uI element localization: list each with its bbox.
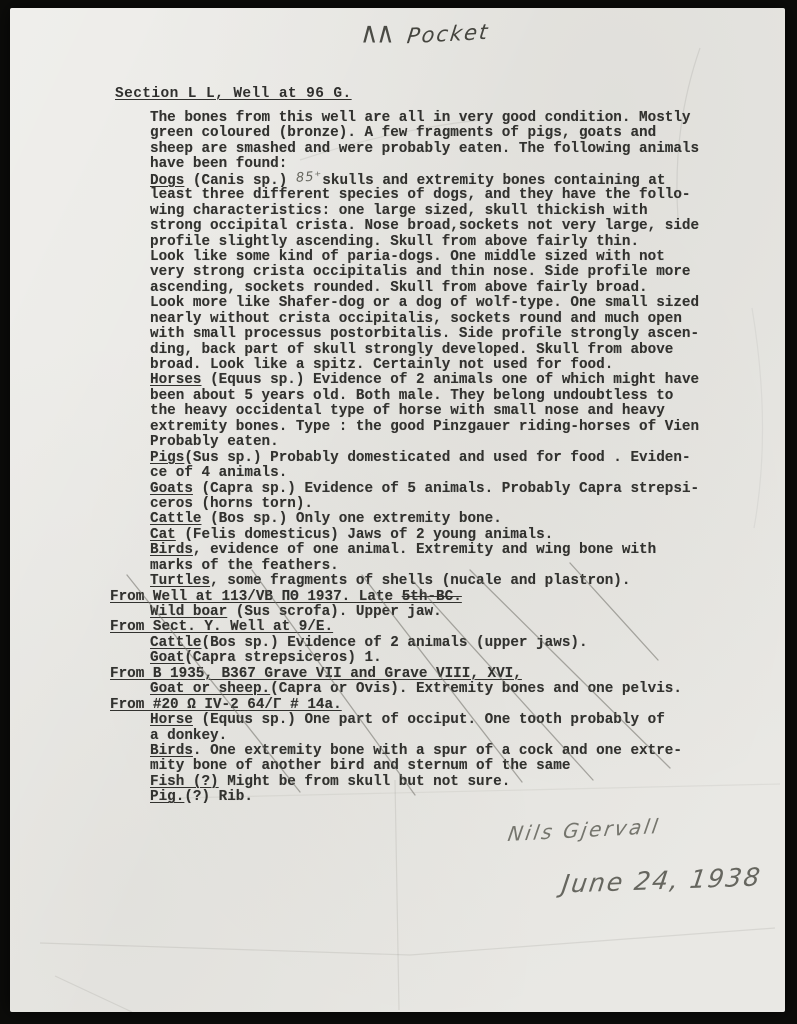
text-line: Probably eaten. bbox=[150, 435, 785, 450]
handwritten-insert: 85⁺ bbox=[295, 169, 322, 186]
text-line: Turtles, some fragments of shells (nucal… bbox=[150, 574, 785, 589]
text-line: Cat (Felis domesticus) Jaws of 2 young a… bbox=[150, 528, 785, 543]
paper: ∧∧ Pocket Section L L, Well at 96 G. The… bbox=[10, 8, 785, 1012]
text-segment: Goat or sheep. bbox=[150, 681, 270, 697]
text-line: Horse (Equus sp.) One part of occiput. O… bbox=[150, 713, 785, 728]
text-line: wing characteristics: one large sized, s… bbox=[150, 204, 785, 219]
text-line: sheep are smashed and were probably eate… bbox=[150, 142, 785, 157]
text-segment: Look like some kind of paria-dogs. One m… bbox=[150, 249, 665, 265]
text-line: least three different species of dogs, a… bbox=[150, 188, 785, 203]
text-segment: with small processus postorbitalis. Side… bbox=[150, 326, 699, 342]
text-segment: From Sect. Y. Well at 9/E. bbox=[110, 619, 333, 635]
text-segment: From B 1935, B367 Grave VII and Grave VI… bbox=[110, 666, 522, 682]
text-line: ce of 4 animals. bbox=[150, 466, 785, 481]
signature-handwritten: Nils Gjervall bbox=[506, 814, 662, 846]
text-line: Goat(Capra strepsiceros) 1. bbox=[150, 651, 785, 666]
text-segment: Cat bbox=[150, 527, 176, 543]
text-line: Dogs (Canis sp.) 85⁺skulls and extremity… bbox=[150, 173, 785, 188]
text-segment: broad. Look like a spitz. Certainly not … bbox=[150, 357, 613, 373]
text-segment: Horses bbox=[150, 372, 201, 388]
text-line: with small processus postorbitalis. Side… bbox=[150, 327, 785, 342]
text-segment: nearly without crista occipitalis, socke… bbox=[150, 311, 682, 327]
text-segment: least three different species of dogs, a… bbox=[150, 187, 691, 203]
text-segment: ascending, sockets rounded. Skull from a… bbox=[150, 280, 648, 296]
text-segment: (?) Rib. bbox=[184, 789, 253, 805]
text-segment: green coloured (bronze). A few fragments… bbox=[150, 125, 656, 141]
text-segment: ce of 4 animals. bbox=[150, 465, 287, 481]
text-segment: , evidence of one animal. Extremity and … bbox=[193, 542, 656, 558]
text-line: Fish (?) Might be from skull but not sur… bbox=[150, 775, 785, 790]
text-segment: , some fragments of shells (nucale and p… bbox=[210, 573, 630, 589]
text-line: nearly without crista occipitalis, socke… bbox=[150, 312, 785, 327]
text-segment: a donkey. bbox=[150, 728, 227, 744]
text-line: ding, back part of skull strongly develo… bbox=[150, 343, 785, 358]
text-segment: The bones from this well are all in very… bbox=[150, 110, 691, 126]
text-segment: Birds bbox=[150, 743, 193, 759]
text-line: Horses (Equus sp.) Evidence of 2 animals… bbox=[150, 373, 785, 388]
text-line: Goats (Capra sp.) Evidence of 5 animals.… bbox=[150, 482, 785, 497]
text-segment: (Capra sp.) Evidence of 5 animals. Proba… bbox=[193, 481, 699, 497]
text-line: Goat or sheep.(Capra or Ovis). Extremity… bbox=[150, 682, 785, 697]
text-line: Pig.(?) Rib. bbox=[150, 790, 785, 805]
page-title: Section L L, Well at 96 G. bbox=[115, 86, 352, 102]
text-line: profile slightly ascending. Skull from a… bbox=[150, 235, 785, 250]
text-segment: ding, back part of skull strongly develo… bbox=[150, 342, 673, 358]
text-segment: . One extremity bone with a spur of a co… bbox=[193, 743, 682, 759]
text-segment: (Equus sp.) One part of occiput. One too… bbox=[193, 712, 665, 728]
text-segment: Turtles bbox=[150, 573, 210, 589]
text-segment: Goat bbox=[150, 650, 184, 666]
text-segment: have been found: bbox=[150, 156, 287, 172]
text-segment: (Felis domesticus) Jaws of 2 young anima… bbox=[176, 527, 554, 543]
text-segment: 5th-BC. bbox=[402, 589, 462, 605]
text-line: From #20 Ω IV-2 64/Γ # 14a. bbox=[110, 698, 785, 713]
text-line: a donkey. bbox=[150, 729, 785, 744]
text-segment: (Capra strepsiceros) 1. bbox=[184, 650, 381, 666]
text-segment: strong occipital crista. Nose broad,sock… bbox=[150, 218, 699, 234]
text-line: From Sect. Y. Well at 9/E. bbox=[110, 620, 785, 635]
text-line: Look more like Shafer-dog or a dog of wo… bbox=[150, 296, 785, 311]
document-lines: The bones from this well are all in very… bbox=[10, 111, 785, 806]
text-line: been about 5 years old. Both male. They … bbox=[150, 389, 785, 404]
text-segment: From #20 Ω IV-2 64/Γ # 14a. bbox=[110, 697, 342, 713]
caret-marks: ∧∧ bbox=[360, 16, 393, 49]
text-segment: the heavy occidental type of horse with … bbox=[150, 403, 665, 419]
text-segment: Might be from skull but not sure. bbox=[219, 774, 511, 790]
pocket-label: Pocket bbox=[405, 20, 490, 48]
text-segment: Horse bbox=[150, 712, 193, 728]
text-segment: (Bos sp.) Only one extremity bone. bbox=[201, 511, 501, 527]
text-segment: Pig. bbox=[150, 789, 184, 805]
text-segment: Pigs bbox=[150, 450, 184, 466]
text-line: From B 1935, B367 Grave VII and Grave VI… bbox=[110, 667, 785, 682]
text-segment: sheep are smashed and were probably eate… bbox=[150, 141, 699, 157]
text-segment: mity bone of another bird and sternum of… bbox=[150, 758, 570, 774]
date-handwritten: June 24, 1938 bbox=[560, 862, 764, 898]
text-segment: Birds bbox=[150, 542, 193, 558]
text-segment: Look more like Shafer-dog or a dog of wo… bbox=[150, 295, 699, 311]
text-line: From Well at 113/VB ΠΘ 1937. Late 5th-BC… bbox=[110, 590, 785, 605]
text-segment: (Capra or Ovis). Extremity bones and one… bbox=[270, 681, 682, 697]
top-annotation: ∧∧ Pocket bbox=[360, 18, 489, 47]
text-line: very strong crista occipitalis and thin … bbox=[150, 265, 785, 280]
text-segment: Probably eaten. bbox=[150, 434, 279, 450]
text-segment: (Sus sp.) Probably domesticated and used… bbox=[184, 450, 690, 466]
text-segment: extremity bones. Type : the good Pinzgau… bbox=[150, 419, 699, 435]
text-segment: Goats bbox=[150, 481, 193, 497]
text-segment: Wild boar bbox=[150, 604, 227, 620]
text-line: Birds, evidence of one animal. Extremity… bbox=[150, 543, 785, 558]
text-segment: (Sus scrofa). Upper jaw. bbox=[227, 604, 442, 620]
text-line: Cattle (Bos sp.) Only one extremity bone… bbox=[150, 512, 785, 527]
text-line: the heavy occidental type of horse with … bbox=[150, 404, 785, 419]
text-segment: (Bos sp.) Evidence of 2 animals (upper j… bbox=[201, 635, 587, 651]
text-segment: Cattle bbox=[150, 635, 201, 651]
text-line: have been found: bbox=[150, 157, 785, 172]
text-line: Cattle(Bos sp.) Evidence of 2 animals (u… bbox=[150, 636, 785, 651]
text-segment: been about 5 years old. Both male. They … bbox=[150, 388, 673, 404]
text-line: ascending, sockets rounded. Skull from a… bbox=[150, 281, 785, 296]
text-segment: marks of the feathers. bbox=[150, 558, 339, 574]
text-line: strong occipital crista. Nose broad,sock… bbox=[150, 219, 785, 234]
text-segment: profile slightly ascending. Skull from a… bbox=[150, 234, 639, 250]
text-segment: (Equus sp.) Evidence of 2 animals one of… bbox=[201, 372, 699, 388]
text-segment: Fish (?) bbox=[150, 774, 219, 790]
text-segment: Cattle bbox=[150, 511, 201, 527]
scan-background: { "colors":{"background":"#0c0c0a","pape… bbox=[0, 0, 797, 1024]
text-segment: wing characteristics: one large sized, s… bbox=[150, 203, 648, 219]
text-segment: ceros (horns torn). bbox=[150, 496, 313, 512]
text-segment: very strong crista occipitalis and thin … bbox=[150, 264, 691, 280]
text-line: mity bone of another bird and sternum of… bbox=[150, 759, 785, 774]
text-line: green coloured (bronze). A few fragments… bbox=[150, 126, 785, 141]
text-line: marks of the feathers. bbox=[150, 559, 785, 574]
text-line: extremity bones. Type : the good Pinzgau… bbox=[150, 420, 785, 435]
text-segment: From Well at 113/VB ΠΘ 1937. Late bbox=[110, 589, 402, 605]
text-line: Pigs(Sus sp.) Probably domesticated and … bbox=[150, 451, 785, 466]
